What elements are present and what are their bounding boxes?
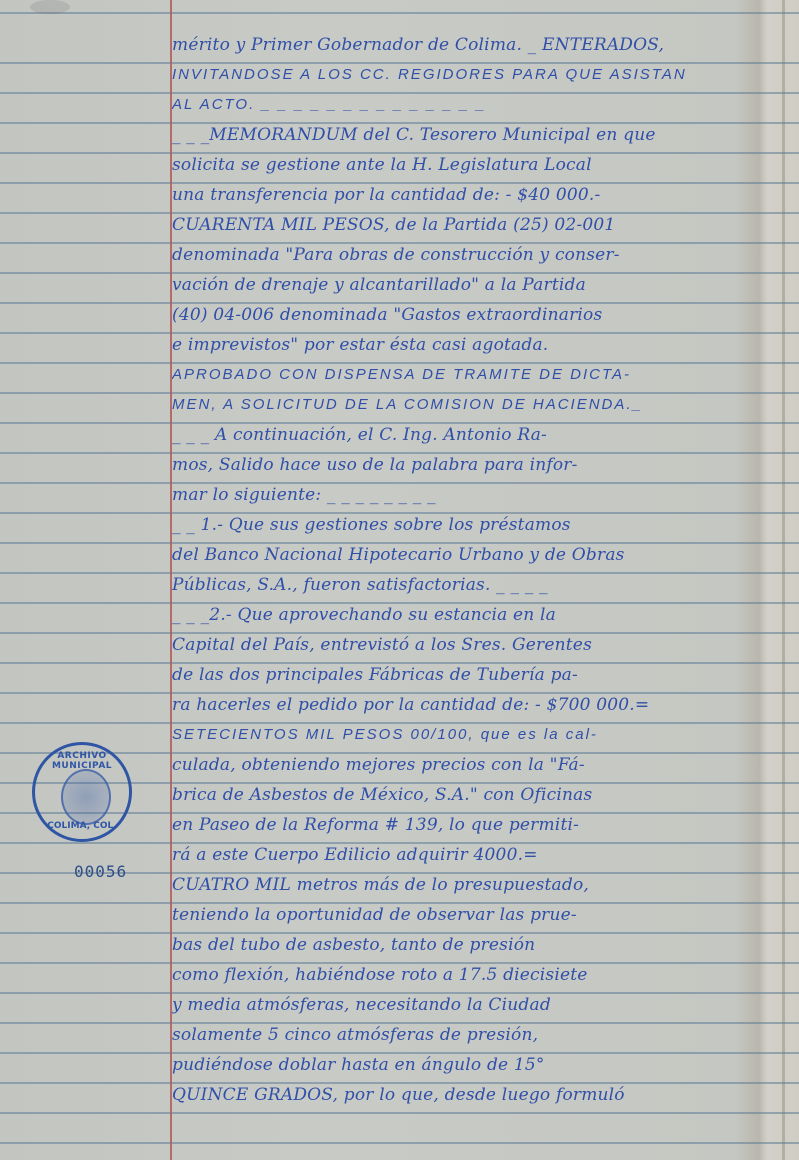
- text-line: (40) 04-006 denominada "Gastos extraordi…: [172, 300, 787, 330]
- handwritten-text: mérito y Primer Gobernador de Colima. _ …: [172, 30, 787, 1110]
- text-line: CUARENTA MIL PESOS, de la Partida (25) 0…: [172, 210, 787, 240]
- text-line: mérito y Primer Gobernador de Colima. _ …: [172, 30, 787, 60]
- text-line: denominada "Para obras de construcción y…: [172, 240, 787, 270]
- text-line: Capital del País, entrevistó a los Sres.…: [172, 630, 787, 660]
- text-line: ra hacerles el pedido por la cantidad de…: [172, 690, 787, 720]
- text-line: INVITANDOSE A LOS CC. REGIDORES PARA QUE…: [172, 60, 787, 90]
- archive-stamp: ARCHIVO MUNICIPAL COLIMA, COL.: [32, 742, 132, 842]
- text-line: Públicas, S.A., fueron satisfactorias. _…: [172, 570, 787, 600]
- text-line: vación de drenaje y alcantarillado" a la…: [172, 270, 787, 300]
- text-line: APROBADO CON DISPENSA DE TRAMITE DE DICT…: [172, 360, 787, 390]
- text-line: brica de Asbestos de México, S.A." con O…: [172, 780, 787, 810]
- text-line: rá a este Cuerpo Edilicio adquirir 4000.…: [172, 840, 787, 870]
- text-line: teniendo la oportunidad de observar las …: [172, 900, 787, 930]
- text-line: culada, obteniendo mejores precios con l…: [172, 750, 787, 780]
- text-line: solicita se gestione ante la H. Legislat…: [172, 150, 787, 180]
- text-line: mos, Salido hace uso de la palabra para …: [172, 450, 787, 480]
- text-line: AL ACTO. _ _ _ _ _ _ _ _ _ _ _ _ _ _: [172, 90, 787, 120]
- text-line: e imprevistos" por estar ésta casi agota…: [172, 330, 787, 360]
- text-line: QUINCE GRADOS, por lo que, desde luego f…: [172, 1080, 787, 1110]
- text-line: como flexión, habiéndose roto a 17.5 die…: [172, 960, 787, 990]
- folio-number: 00056: [74, 862, 127, 881]
- text-line: SETECIENTOS MIL PESOS 00/100, que es la …: [172, 720, 787, 750]
- stamp-bottom-text: COLIMA, COL.: [35, 821, 129, 831]
- text-line: pudiéndose doblar hasta en ángulo de 15°: [172, 1050, 787, 1080]
- stamp-top-text: ARCHIVO MUNICIPAL: [35, 751, 129, 771]
- coat-of-arms-icon: [61, 769, 111, 825]
- text-line: de las dos principales Fábricas de Tuber…: [172, 660, 787, 690]
- text-line: _ _ _2.- Que aprovechando su estancia en…: [172, 600, 787, 630]
- text-line: una transferencia por la cantidad de: - …: [172, 180, 787, 210]
- text-line: _ _ _ A continuación, el C. Ing. Antonio…: [172, 420, 787, 450]
- text-line: MEN, A SOLICITUD DE LA COMISION DE HACIE…: [172, 390, 787, 420]
- text-line: bas del tubo de asbesto, tanto de presió…: [172, 930, 787, 960]
- text-line: del Banco Nacional Hipotecario Urbano y …: [172, 540, 787, 570]
- text-line: solamente 5 cinco atmósferas de presión,: [172, 1020, 787, 1050]
- text-line: CUATRO MIL metros más de lo presupuestad…: [172, 870, 787, 900]
- text-line: _ _ 1.- Que sus gestiones sobre los prés…: [172, 510, 787, 540]
- document-page: mérito y Primer Gobernador de Colima. _ …: [0, 0, 799, 1160]
- text-line: y media atmósferas, necesitando la Ciuda…: [172, 990, 787, 1020]
- text-line: en Paseo de la Reforma # 139, lo que per…: [172, 810, 787, 840]
- text-line: _ _ _MEMORANDUM del C. Tesorero Municipa…: [172, 120, 787, 150]
- text-line: mar lo siguiente: _ _ _ _ _ _ _ _: [172, 480, 787, 510]
- page-smudge: [30, 0, 70, 14]
